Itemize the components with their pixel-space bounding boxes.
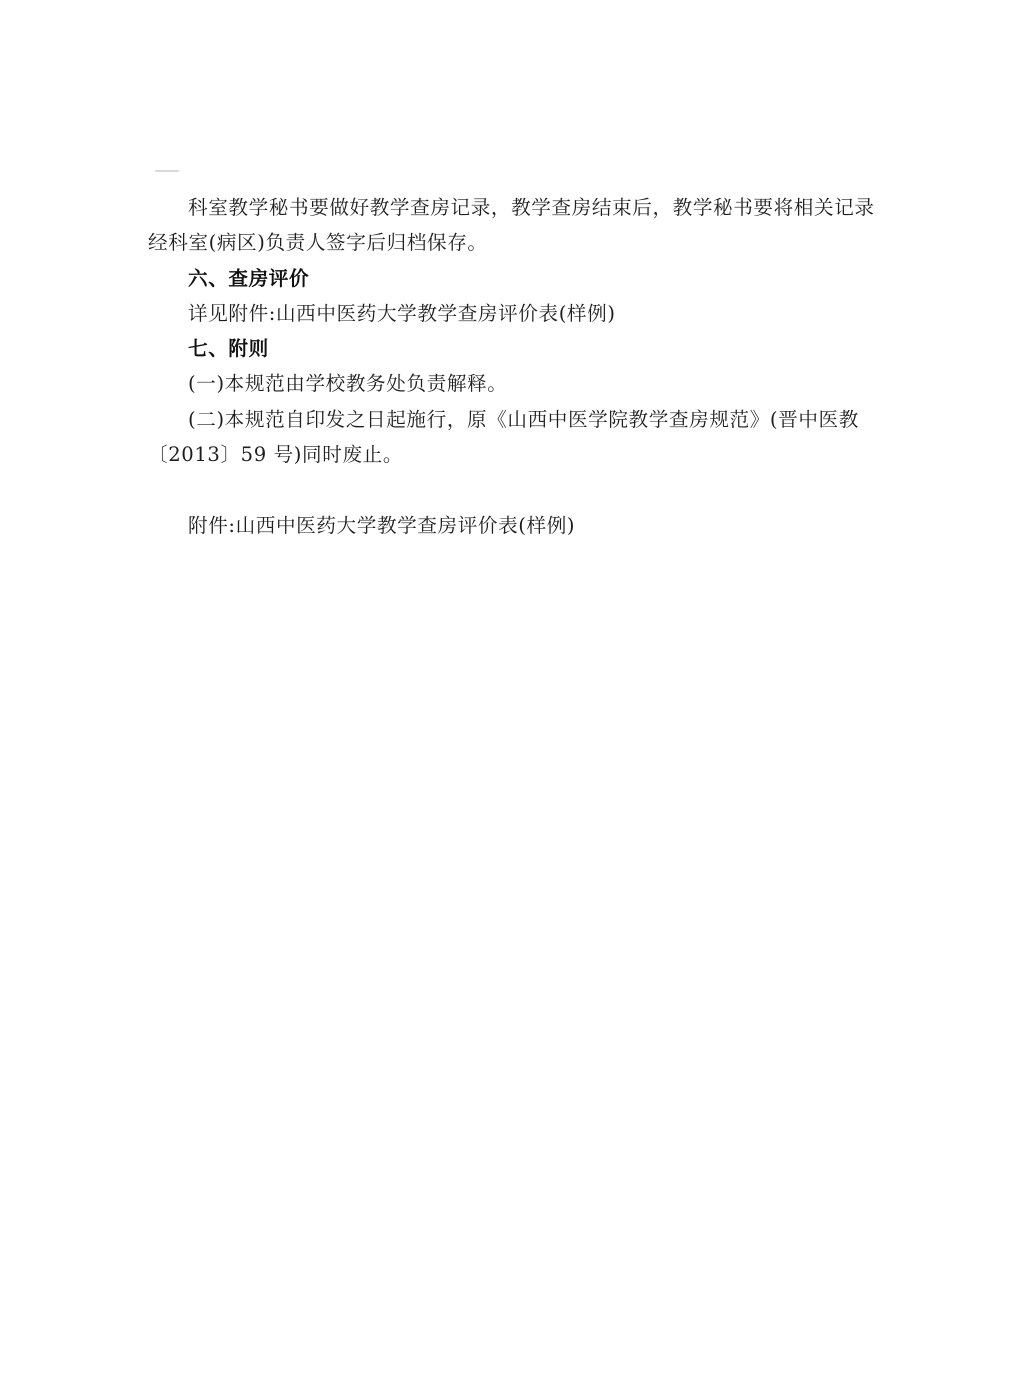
paragraph-records-line-1: 科室教学秘书要做好教学查房记录，教学查房结束后，教学秘书要将相关记录	[148, 190, 883, 225]
scan-artifact-mark	[155, 170, 179, 172]
section-6-heading: 六、查房评价	[148, 261, 883, 296]
section-7-item-1: (一)本规范由学校教务处负责解释。	[148, 366, 883, 401]
document-page-body: 科室教学秘书要做好教学查房记录，教学查房结束后，教学秘书要将相关记录 经科室(病…	[148, 190, 883, 543]
section-7-heading: 七、附则	[148, 331, 883, 366]
section-6-body: 详见附件:山西中医药大学教学查房评价表(样例)	[148, 296, 883, 331]
section-7-item-2-line-2: 〔2013〕59 号)同时废止。	[148, 437, 883, 472]
section-7-item-2-line-1: (二)本规范自印发之日起施行，原《山西中医学院教学查房规范》(晋中医教	[148, 402, 883, 437]
blank-line	[148, 472, 883, 507]
paragraph-records-line-2: 经科室(病区)负责人签字后归档保存。	[148, 225, 883, 260]
attachment-reference: 附件:山西中医药大学教学查房评价表(样例)	[148, 508, 883, 543]
